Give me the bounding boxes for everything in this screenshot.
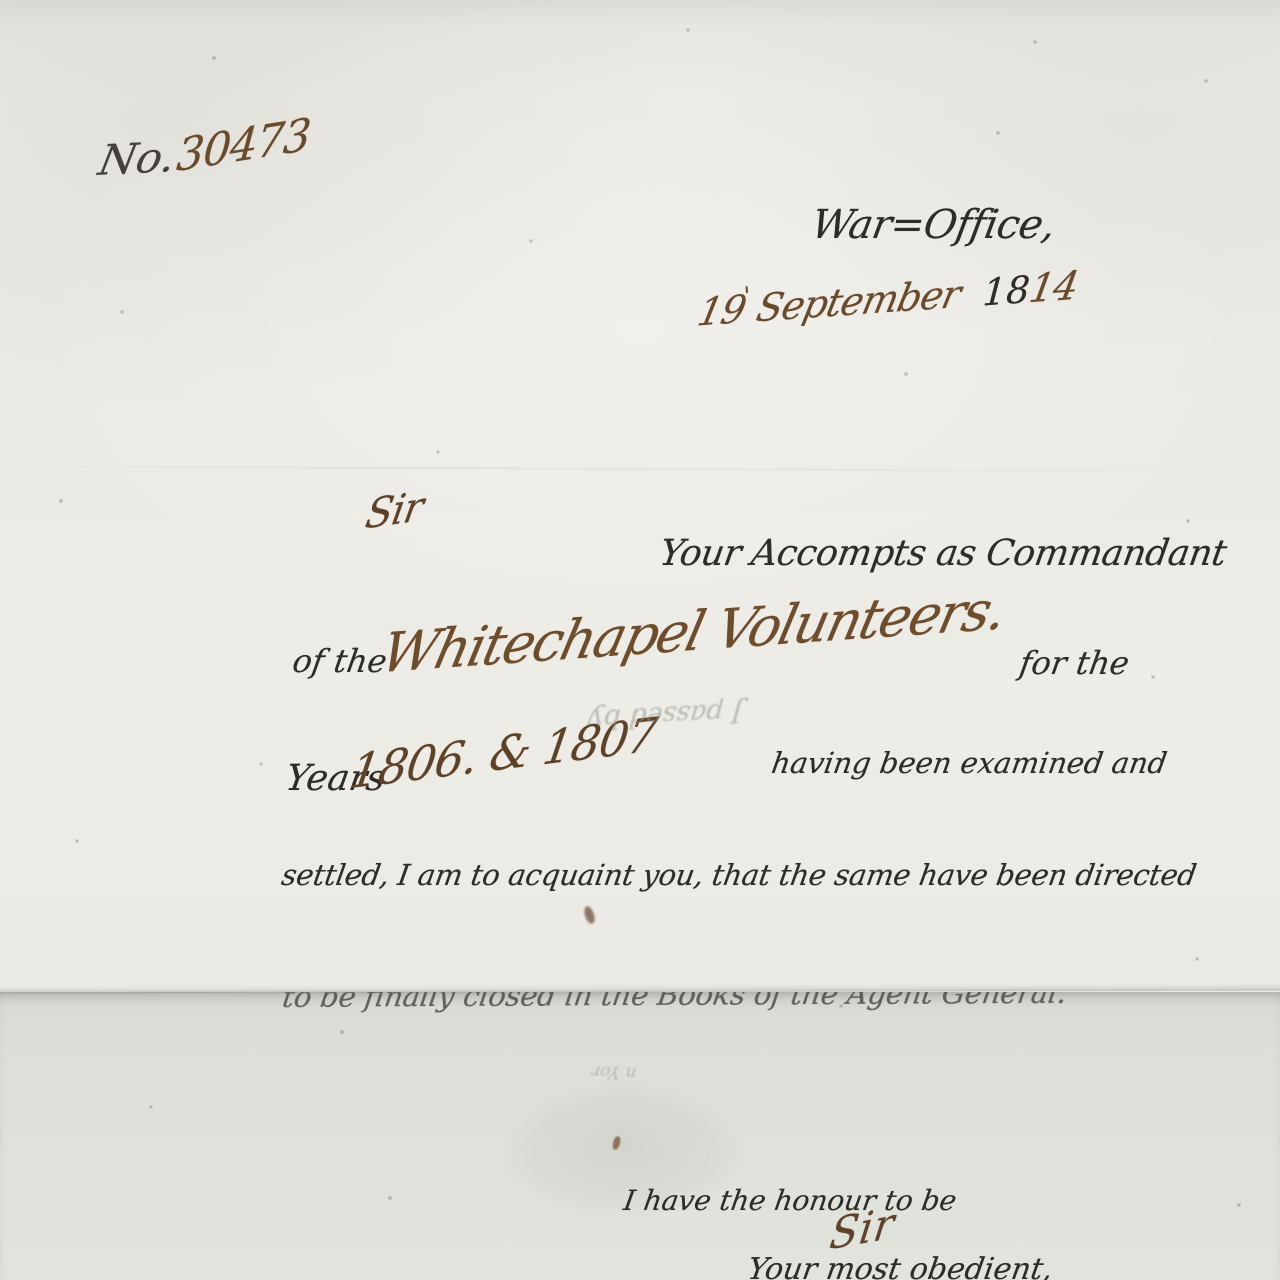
closing-obedient-line: Your most obedient, <box>745 1252 1055 1280</box>
body-line-accompts: Your Accompts as Commandant <box>657 533 1229 574</box>
body-examined: having been examined and <box>769 746 1169 780</box>
body-of-the: of the <box>290 642 390 680</box>
closing-honour-line: I have the honour to be <box>621 1184 959 1217</box>
salutation: Sir <box>362 483 426 538</box>
date-day: 19 <box>694 287 750 335</box>
letter-photograph: to be finally closed in the Books of the… <box>0 0 1280 1280</box>
year-printed-digits: 18 <box>981 268 1031 315</box>
reference-no-label: No. <box>95 132 180 185</box>
body-line-settled: settled, I am to acquaint you, that the … <box>279 858 1198 892</box>
body-line-agent-general: to be finally closed in the Books of the… <box>280 992 1068 1014</box>
body-for-the: for the <box>1017 644 1132 682</box>
war-office-heading: War=Office, <box>808 202 1059 248</box>
show-through-text: n Yor <box>591 1061 638 1082</box>
year-handwritten-digits: 14 <box>1026 263 1082 312</box>
